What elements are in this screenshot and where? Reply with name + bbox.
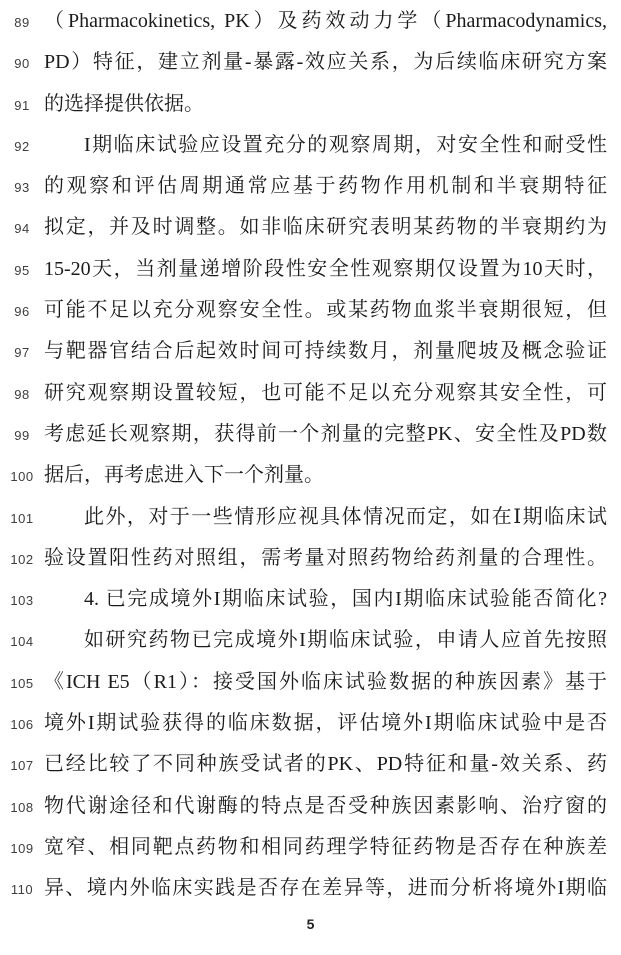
line-number: 109 xyxy=(0,828,44,868)
line-number: 99 xyxy=(0,415,44,455)
line-text: I期临床试验应设置充分的观察周期，对安全性和耐受性 xyxy=(44,125,621,166)
text-line: 97与靶器官结合后起效时间可持续数月，剂量爬坡及概念验证 xyxy=(0,331,621,372)
text-line: 91的选择提供依据。 xyxy=(0,84,621,125)
text-line: 110异、境内外临床实践是否存在差异等，进而分析将境外I期临 xyxy=(0,868,621,909)
text-line: 93的观察和评估周期通常应基于药物作用机制和半衰期特征 xyxy=(0,166,621,207)
line-number: 92 xyxy=(0,126,44,166)
line-number: 97 xyxy=(0,332,44,372)
line-text: 考虑延长观察期，获得前一个剂量的完整PK、安全性及PD数 xyxy=(44,414,621,455)
text-line: 9515-20天，当剂量递增阶段性安全性观察期仅设置为10天时， xyxy=(0,249,621,290)
line-text: 据后，再考虑进入下一个剂量。 xyxy=(44,455,621,496)
line-text: 拟定，并及时调整。如非临床研究表明某药物的半衰期约为 xyxy=(44,207,621,248)
line-text: 异、境内外临床实践是否存在差异等，进而分析将境外I期临 xyxy=(44,868,621,909)
line-number: 93 xyxy=(0,167,44,207)
line-number: 110 xyxy=(0,869,44,909)
text-line: 108物代谢途径和代谢酶的特点是否受种族因素影响、治疗窗的 xyxy=(0,786,621,827)
text-line: 99考虑延长观察期，获得前一个剂量的完整PK、安全性及PD数 xyxy=(0,414,621,455)
line-number: 95 xyxy=(0,250,44,290)
line-text: 验设置阳性药对照组，需考量对照药物给药剂量的合理性。 xyxy=(44,538,621,579)
line-text: 的选择提供依据。 xyxy=(44,84,621,125)
line-number: 102 xyxy=(0,539,44,579)
text-line: 92I期临床试验应设置充分的观察周期，对安全性和耐受性 xyxy=(0,125,621,166)
line-text: 15-20天，当剂量递增阶段性安全性观察期仅设置为10天时， xyxy=(44,249,621,290)
text-line: 107已经比较了不同种族受试者的PK、PD特征和量-效关系、药 xyxy=(0,744,621,785)
line-text: 《ICH E5（R1）：接受国外临床试验数据的种族因素》基于 xyxy=(44,662,621,703)
document-page: 89（Pharmacokinetics, PK）及药效动力学（Pharmacod… xyxy=(0,0,621,955)
line-number: 90 xyxy=(0,43,44,83)
text-line: 106境外I期试验获得的临床数据，评估境外I期临床试验中是否 xyxy=(0,703,621,744)
line-number: 101 xyxy=(0,498,44,538)
line-text: 可能不足以充分观察安全性。或某药物血浆半衰期很短，但 xyxy=(44,290,621,331)
line-text: 已经比较了不同种族受试者的PK、PD特征和量-效关系、药 xyxy=(44,744,621,785)
line-text: 物代谢途径和代谢酶的特点是否受种族因素影响、治疗窗的 xyxy=(44,786,621,827)
text-line: 89（Pharmacokinetics, PK）及药效动力学（Pharmacod… xyxy=(0,1,621,42)
line-text: 如研究药物已完成境外I期临床试验，申请人应首先按照 xyxy=(44,620,621,661)
line-number: 96 xyxy=(0,291,44,331)
line-number: 103 xyxy=(0,580,44,620)
line-text: 宽窄、相同靶点药物和相同药理学特征药物是否存在种族差 xyxy=(44,827,621,868)
line-text: 研究观察期设置较短，也可能不足以充分观察其安全性，可 xyxy=(44,373,621,414)
lines-container: 89（Pharmacokinetics, PK）及药效动力学（Pharmacod… xyxy=(0,1,621,910)
text-line: 105《ICH E5（R1）：接受国外临床试验数据的种族因素》基于 xyxy=(0,662,621,703)
text-line: 90PD）特征，建立剂量-暴露-效应关系，为后续临床研究方案 xyxy=(0,42,621,83)
line-number: 89 xyxy=(0,2,44,42)
line-text: 4. 已完成境外I期临床试验，国内I期临床试验能否简化? xyxy=(44,579,621,620)
text-line: 101此外，对于一些情形应视具体情况而定，如在Ⅰ期临床试 xyxy=(0,497,621,538)
line-number: 98 xyxy=(0,374,44,414)
line-text: 与靶器官结合后起效时间可持续数月，剂量爬坡及概念验证 xyxy=(44,331,621,372)
line-number: 104 xyxy=(0,621,44,661)
line-text: 的观察和评估周期通常应基于药物作用机制和半衰期特征 xyxy=(44,166,621,207)
page-number: 5 xyxy=(0,916,621,932)
line-text: （Pharmacokinetics, PK）及药效动力学（Pharmacodyn… xyxy=(44,1,621,42)
line-text: 境外I期试验获得的临床数据，评估境外I期临床试验中是否 xyxy=(44,703,621,744)
line-text: PD）特征，建立剂量-暴露-效应关系，为后续临床研究方案 xyxy=(44,42,621,83)
line-number: 107 xyxy=(0,745,44,785)
line-number: 108 xyxy=(0,787,44,827)
text-line: 98研究观察期设置较短，也可能不足以充分观察其安全性，可 xyxy=(0,373,621,414)
text-line: 109宽窄、相同靶点药物和相同药理学特征药物是否存在种族差 xyxy=(0,827,621,868)
line-number: 91 xyxy=(0,85,44,125)
line-number: 106 xyxy=(0,704,44,744)
text-line: 1034. 已完成境外I期临床试验，国内I期临床试验能否简化? xyxy=(0,579,621,620)
line-text: 此外，对于一些情形应视具体情况而定，如在Ⅰ期临床试 xyxy=(44,497,621,538)
text-line: 104如研究药物已完成境外I期临床试验，申请人应首先按照 xyxy=(0,620,621,661)
line-number: 94 xyxy=(0,208,44,248)
line-number: 105 xyxy=(0,663,44,703)
text-line: 96可能不足以充分观察安全性。或某药物血浆半衰期很短，但 xyxy=(0,290,621,331)
text-line: 102验设置阳性药对照组，需考量对照药物给药剂量的合理性。 xyxy=(0,538,621,579)
text-line: 100据后，再考虑进入下一个剂量。 xyxy=(0,455,621,496)
text-line: 94拟定，并及时调整。如非临床研究表明某药物的半衰期约为 xyxy=(0,207,621,248)
line-number: 100 xyxy=(0,456,44,496)
